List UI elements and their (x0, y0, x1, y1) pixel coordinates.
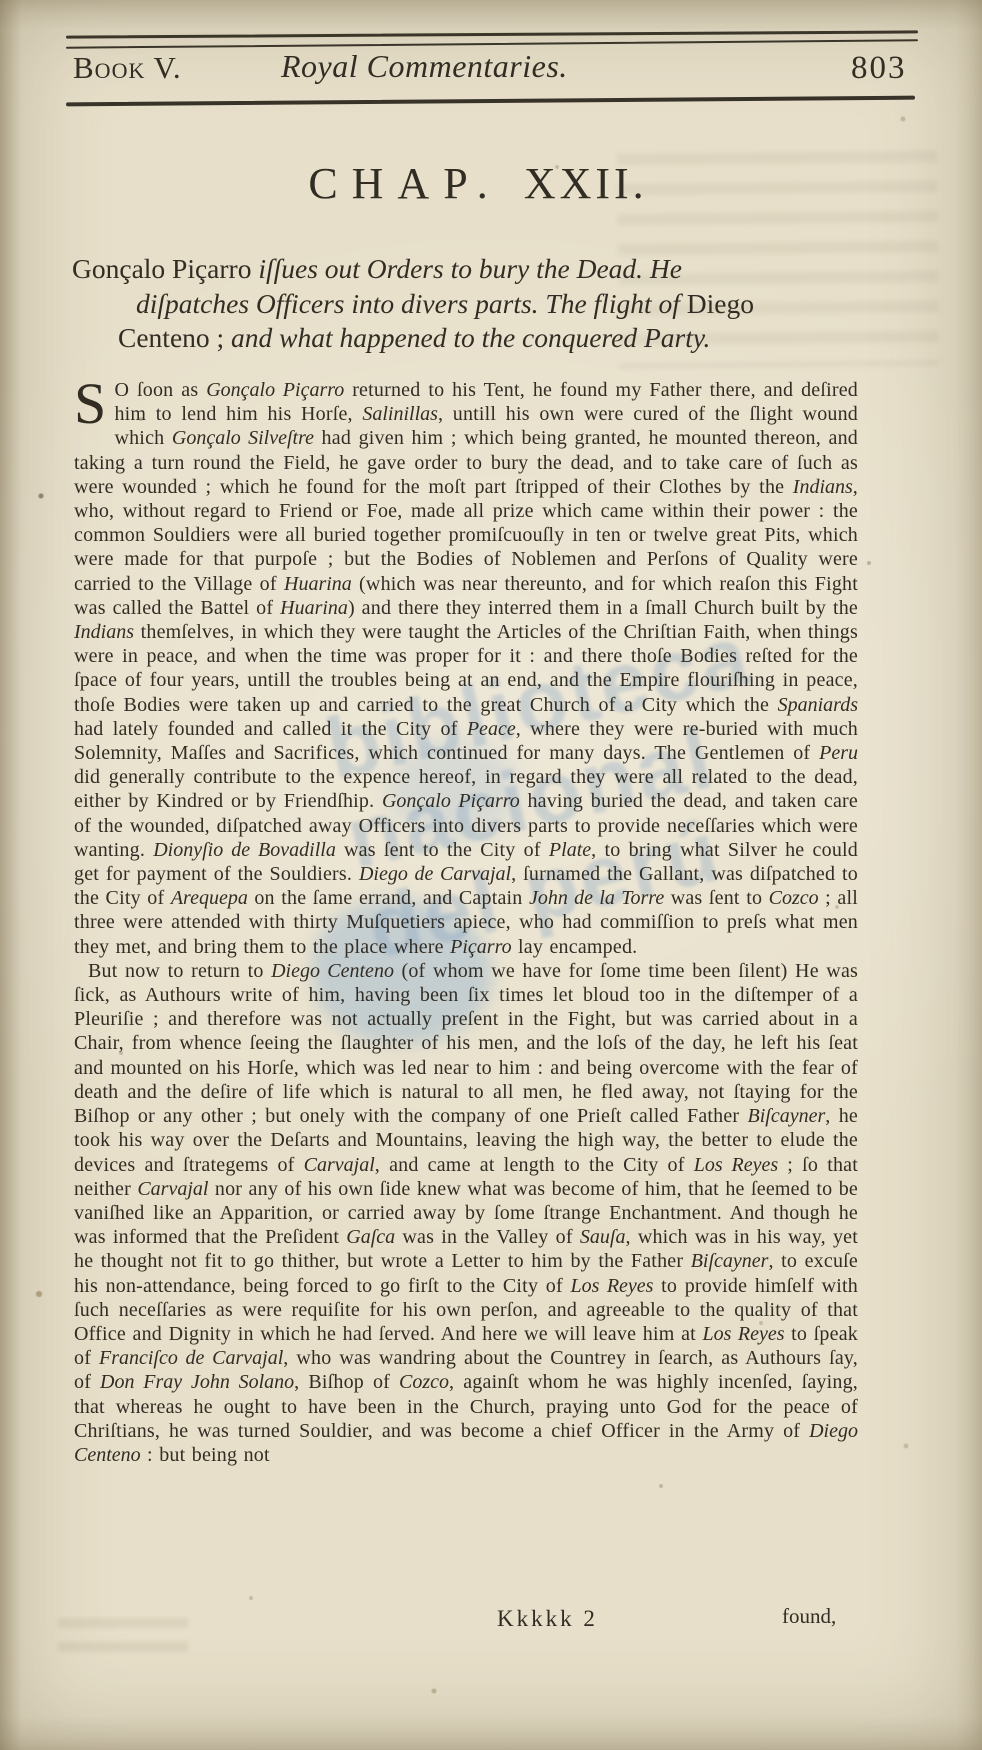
text-run: Diego de Carvajal (359, 863, 511, 885)
text-run: , Biſhop of (294, 1371, 399, 1393)
chapter-argument: Gonçalo Piçarro iſſues out Orders to bur… (72, 252, 878, 356)
text-run: Peru (819, 742, 858, 764)
text-run: Gonçalo Silveſtre (172, 427, 314, 449)
text-run: was ſent to (664, 887, 768, 909)
text-run: had lately founded and called it the Cit… (74, 718, 467, 740)
text-run: Arequepa (171, 887, 248, 909)
text-run: Los Reyes (570, 1275, 653, 1297)
text-run: was ſent to the City of (336, 839, 549, 861)
running-title: Royal Commentaries. (281, 48, 568, 85)
text-run: Salinillas (362, 403, 438, 425)
text-run: Don Fray John Solano (100, 1371, 294, 1393)
text-run: , and came at length to the City of (375, 1154, 694, 1176)
text-run: Cozco (399, 1371, 449, 1393)
text-run: iſſues out Orders to bury the Dead. He (258, 253, 682, 284)
text-run: Carvajal (304, 1154, 375, 1176)
paper-speckles (0, 0, 2, 2)
text-run: Indians (793, 476, 853, 498)
text-run: Cozco (769, 887, 819, 909)
text-run: Gonçalo Piçarro (72, 253, 258, 284)
body-paragraph: But now to return to Diego Centeno (of w… (74, 959, 858, 1467)
text-run: Los Reyes (703, 1323, 785, 1345)
showthrough-smudge-bottom (58, 1618, 188, 1660)
text-run: Plate (549, 839, 591, 861)
text-run: lay encamped. (512, 936, 638, 958)
text-run: Diego (687, 288, 754, 319)
chapter-heading-number: XXII. (524, 159, 648, 208)
argument-line: diſpatches Officers into divers parts. T… (72, 287, 878, 322)
text-run: Gonçalo Piçarro (206, 379, 344, 401)
text-run: Centeno ; (118, 322, 231, 353)
text-run: diſpatches Officers into divers parts. T… (136, 288, 687, 319)
book-label: Book V. (73, 50, 182, 86)
text-run: Peace (467, 718, 516, 740)
text-run: and what happened to the conquered Party… (231, 322, 710, 353)
text-run: Huarina (284, 573, 352, 595)
text-run: Dionyſio de Bovadilla (153, 839, 336, 861)
text-run: was in the Valley of (395, 1226, 580, 1248)
text-run: Los Reyes (694, 1154, 778, 1176)
text-run: ) and there they interred them in a ſmal… (348, 597, 858, 619)
chapter-heading: CHAP.XXII. (0, 158, 982, 209)
text-run: (of whom we have for ſome time been ſile… (74, 960, 858, 1127)
text-run: But now to return to (88, 960, 271, 982)
text-run: on the ſame errand, and Captain (248, 887, 529, 909)
text-run: Gaſca (346, 1226, 395, 1248)
chapter-heading-word: CHAP. (308, 159, 502, 208)
argument-line: Gonçalo Piçarro iſſues out Orders to bur… (72, 252, 878, 287)
text-run: Indians (74, 621, 134, 643)
book-page: bibliotecanacionaldel perú Book V. Royal… (0, 0, 982, 1750)
header-rule-top-1 (66, 30, 918, 38)
text-run: O ſoon as (114, 379, 206, 401)
text-run: Biſcayner (691, 1250, 769, 1272)
text-run: Carvajal (137, 1178, 208, 1200)
text-run: : but being not (141, 1444, 270, 1466)
text-run: John de la Torre (529, 887, 664, 909)
text-run: Gonçalo Piçarro (382, 790, 520, 812)
text-run: Biſcayner (748, 1105, 826, 1127)
drop-cap: S (74, 378, 114, 428)
catchword: found, (782, 1604, 836, 1629)
text-run: Franciſco de Carvajal (99, 1347, 283, 1369)
text-run: Piçarro (450, 936, 511, 958)
text-run: themſelves, in which they were taught th… (74, 621, 858, 716)
text-run: Spaniards (778, 694, 858, 716)
text-run: Sauſa (580, 1226, 626, 1248)
page-number: 803 (851, 50, 907, 87)
signature-mark: Kkkkk 2 (497, 1606, 598, 1632)
argument-line: Centeno ; and what happened to the conqu… (72, 321, 878, 356)
header-rule-bottom (66, 96, 915, 106)
text-run: Huarina (280, 597, 348, 619)
text-run: Diego Centeno (271, 960, 394, 982)
body-paragraph: SO ſoon as Gonçalo Piçarro returned to h… (74, 378, 858, 959)
body-text: SO ſoon as Gonçalo Piçarro returned to h… (74, 378, 858, 1467)
